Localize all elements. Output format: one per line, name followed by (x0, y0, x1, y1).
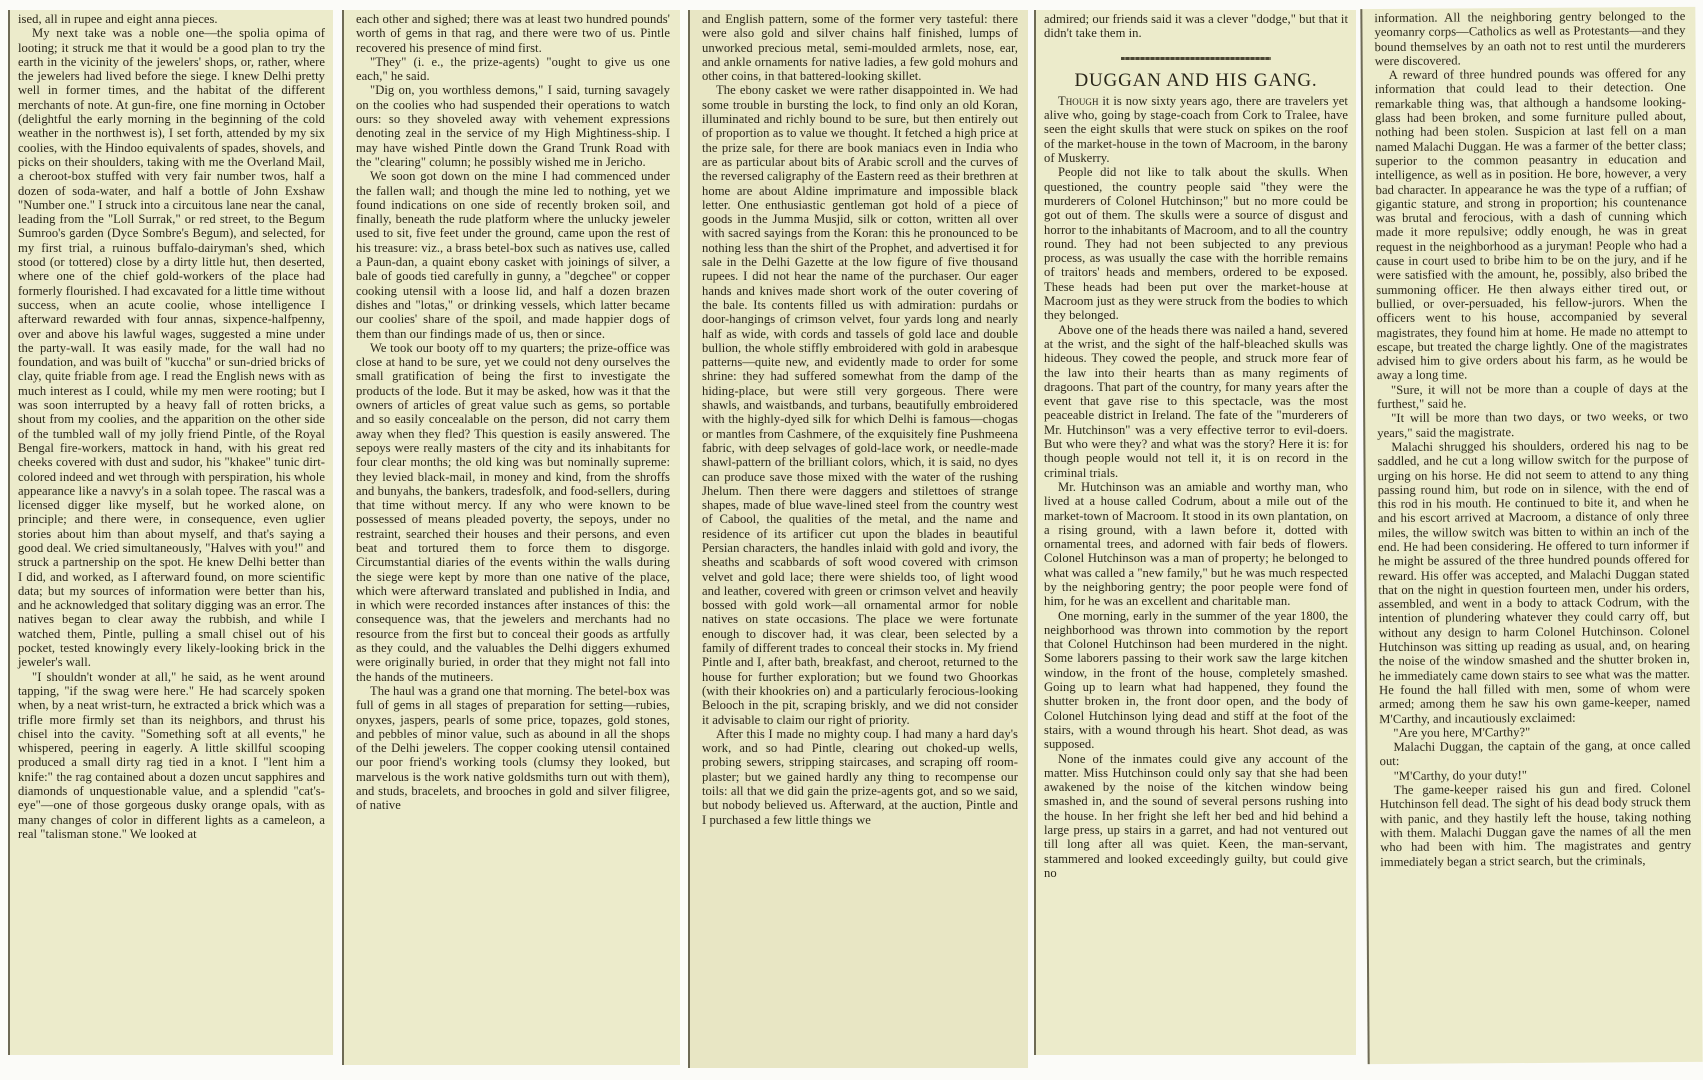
column-2-text: each other and sighed; there was at leas… (356, 12, 670, 813)
paragraph: After this I made no mighty coup. I had … (702, 727, 1018, 827)
paragraph: "I shouldn't wonder at all," he said, as… (18, 670, 325, 842)
clipping-column-4: admired; our friends said it was a cleve… (1034, 10, 1356, 1055)
paragraph: Above one of the heads there was nailed … (1044, 323, 1348, 480)
article-headline: DUGGAN AND HIS GANG. (1044, 74, 1348, 88)
column-5-text: information. All the neighboring gentry … (1374, 9, 1691, 869)
column-3-text: and English pattern, some of the former … (702, 12, 1018, 827)
clipping-column-3: and English pattern, some of the former … (688, 10, 1028, 1068)
paragraph: Mr. Hutchinson was an amiable and worthy… (1044, 480, 1348, 609)
paragraph: admired; our friends said it was a cleve… (1044, 12, 1348, 41)
paragraph: Malachi shrugged his shoulders, ordered … (1377, 438, 1690, 726)
paragraph: information. All the neighboring gentry … (1374, 9, 1685, 68)
paragraph: One morning, early in the summer of the … (1044, 609, 1348, 752)
paragraph: ised, all in rupee and eight anna pieces… (18, 12, 325, 26)
paragraph: "It will be more than two days, or two w… (1377, 409, 1688, 440)
clipping-column-1: ised, all in rupee and eight anna pieces… (8, 10, 333, 1055)
column-4-text: admired; our friends said it was a cleve… (1044, 12, 1348, 880)
paragraph: We soon got down on the mine I had comme… (356, 169, 670, 341)
clipping-column-5: information. All the neighboring gentry … (1360, 7, 1702, 1064)
lead-word: Though (1058, 94, 1102, 108)
paragraph: A reward of three hundred pounds was off… (1375, 66, 1688, 383)
paragraph: The ebony casket we were rather disappoi… (702, 83, 1018, 726)
paragraph: Malachi Duggan, the captain of the gang,… (1379, 738, 1690, 769)
paragraph: each other and sighed; there was at leas… (356, 12, 670, 55)
paragraph: Though it is now sixty years ago, there … (1044, 94, 1348, 165)
paragraph: People did not like to talk about the sk… (1044, 165, 1348, 322)
paragraph: None of the inmates could give any accou… (1044, 752, 1348, 881)
clipping-column-2: each other and sighed; there was at leas… (342, 10, 680, 1065)
paragraph: "Sure, it will not be more than a couple… (1377, 381, 1688, 412)
paragraph: My next take was a noble one—the spolia … (18, 26, 325, 669)
paragraph: "Dig on, you worthless demons," I said, … (356, 83, 670, 169)
column-1-text: ised, all in rupee and eight anna pieces… (18, 12, 325, 841)
section-divider-rule (1121, 57, 1271, 60)
paragraph: The game-keeper raised his gun and fired… (1380, 781, 1692, 869)
paragraph: "They" (i. e., the prize-agents) "ought … (356, 55, 670, 84)
paragraph: The haul was a grand one that morning. T… (356, 684, 670, 813)
paragraph: We took our booty off to my quarters; th… (356, 341, 670, 684)
paragraph: and English pattern, some of the former … (702, 12, 1018, 83)
